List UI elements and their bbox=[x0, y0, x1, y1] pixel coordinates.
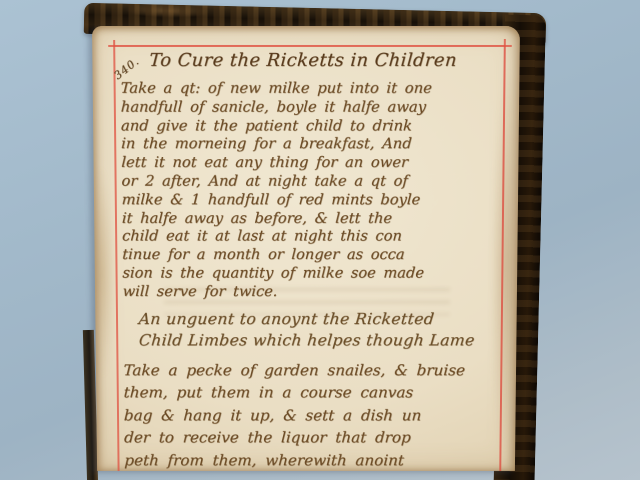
manuscript-page: 340. To Cure the Ricketts in Children Ta… bbox=[92, 26, 520, 471]
manuscript-line: Take a pecke of garden snailes, & bruise bbox=[123, 359, 505, 382]
manuscript-line: them, put them in a course canvas bbox=[123, 382, 505, 405]
ruled-border-corner-tick bbox=[108, 45, 115, 47]
manuscript-line: handfull of sanicle, boyle it halfe away bbox=[120, 98, 507, 117]
manuscript-line: Child Limbes which helpes though Lame bbox=[138, 329, 506, 350]
manuscript-line: sion is the quantity of milke soe made bbox=[122, 265, 506, 283]
entry-number: 340. bbox=[112, 55, 142, 83]
manuscript-line: An unguent to anoynt the Ricketted bbox=[138, 308, 506, 329]
recipe-title-row: 340. To Cure the Ricketts in Children bbox=[112, 50, 507, 75]
page-content: 340. To Cure the Ricketts in Children Ta… bbox=[120, 50, 508, 471]
manuscript-line: will serve for twice. bbox=[122, 283, 505, 301]
manuscript-line: tinue for a month or longer as occa bbox=[122, 246, 506, 264]
manuscript-line: bag & hang it up, & sett a dish un bbox=[123, 405, 504, 428]
manuscript-line: and give it the patient child to drink bbox=[121, 117, 508, 136]
manuscript-line: peth from them, wherewith anoint bbox=[124, 450, 504, 471]
recipe-2-body: Take a pecke of garden snailes, & bruise… bbox=[123, 359, 504, 471]
manuscript-line: milke & 1 handfull of red mints boyle bbox=[121, 191, 506, 209]
manuscript-line: der to receive the liquor that drop bbox=[124, 427, 505, 449]
manuscript-line: in the morneing for a breakfast, And bbox=[121, 136, 508, 155]
recipe-title: To Cure the Ricketts in Children bbox=[142, 50, 457, 71]
photo-background: 340. To Cure the Ricketts in Children Ta… bbox=[0, 0, 640, 480]
recipe-2-heading: An unguent to anoynt the Ricketted Child… bbox=[139, 308, 505, 351]
manuscript-line: or 2 after, And at night take a qt of bbox=[121, 173, 507, 191]
manuscript-line: it halfe away as before, & lett the bbox=[122, 210, 507, 228]
manuscript-line: lett it not eat any thing for an ower bbox=[121, 154, 507, 173]
manuscript-line: child eat it at last at night this con bbox=[122, 228, 507, 246]
page-stain bbox=[92, 165, 116, 379]
recipe-1-body: Take a qt: of new milke put into it one … bbox=[121, 80, 508, 301]
manuscript-line: Take a qt: of new milke put into it one bbox=[120, 80, 508, 99]
ruled-border-corner-tick bbox=[504, 45, 512, 47]
